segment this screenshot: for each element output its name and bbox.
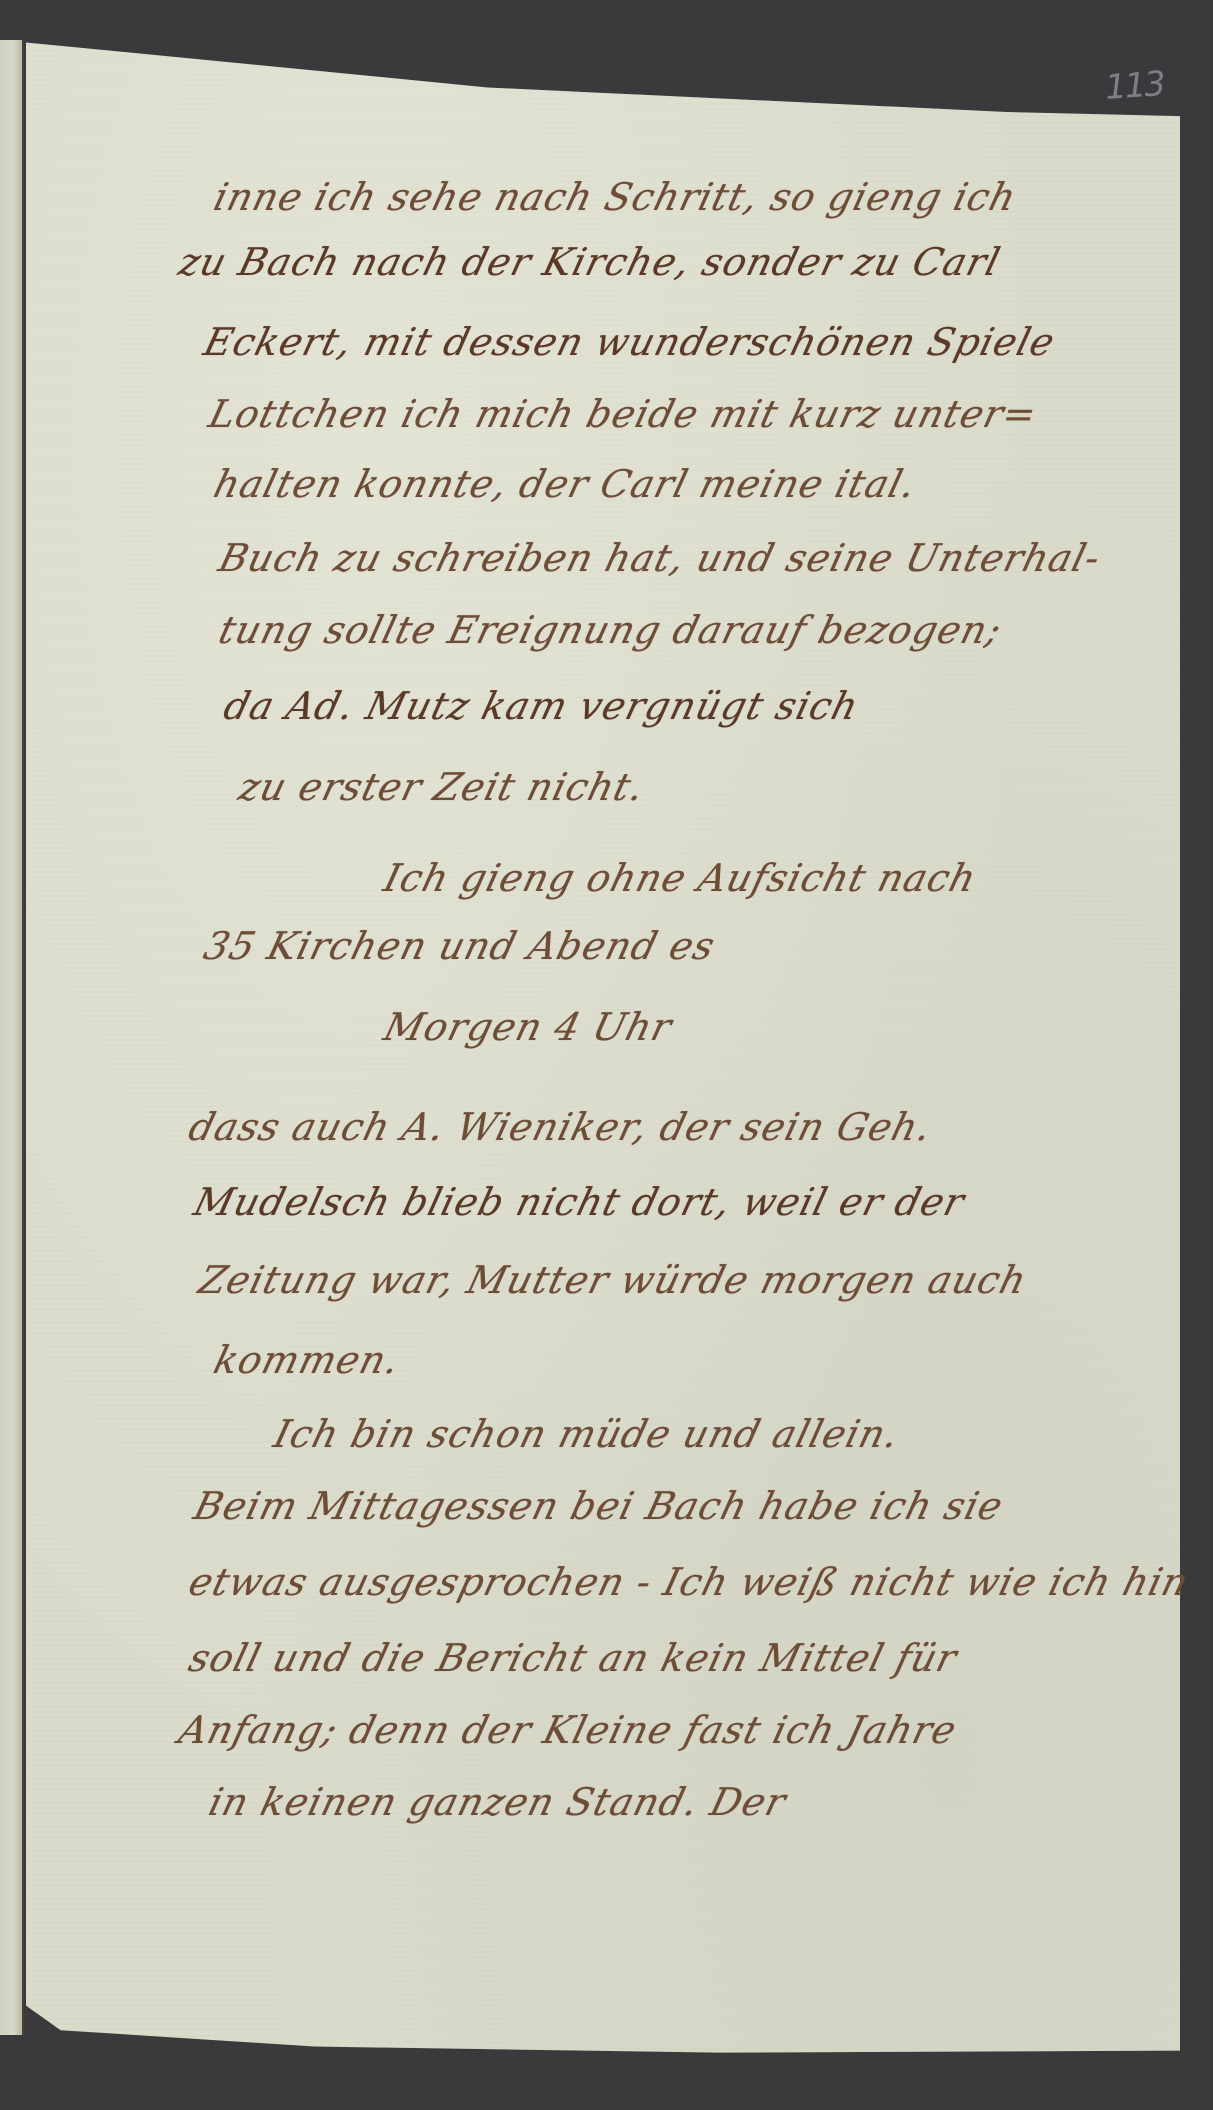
text-line-8: da Ad. Mutz kam vergnügt sich (220, 684, 864, 728)
text-line-2: zu Bach nach der Kirche, sonder zu Carl (175, 240, 1006, 284)
text-line-9: zu erster Zeit nicht. (235, 765, 650, 809)
text-line-21: Anfang; denn der Kleine fast ich Jahre (175, 1708, 962, 1752)
text-line-15: Zeitung war, Mutter würde morgen auch (195, 1258, 1032, 1302)
text-line-17: Ich bin schon müde und allein. (270, 1412, 904, 1456)
folio-number: 113 (1104, 64, 1166, 108)
text-line-10: Ich gieng ohne Aufsicht nach (380, 856, 982, 900)
text-line-22: in keinen ganzen Stand. Der (205, 1780, 791, 1824)
text-line-18: Beim Mittagessen bei Bach habe ich sie (190, 1484, 1008, 1528)
text-line-12: Morgen 4 Uhr (380, 1005, 677, 1049)
text-line-6: Buch zu schreiben hat, und seine Unterha… (215, 536, 1106, 580)
text-line-16: kommen. (210, 1338, 405, 1382)
text-line-13: dass auch A. Wieniker, der sein Geh. (185, 1105, 937, 1149)
text-line-14: Mudelsch blieb nicht dort, weil er der (190, 1180, 970, 1224)
text-line-20: soll und die Bericht an kein Mittel für (185, 1636, 962, 1680)
text-line-1: inne ich sehe nach Schritt, so gieng ich (210, 175, 1022, 219)
text-line-19: etwas ausgesprochen - Ich weiß nicht wie… (185, 1560, 1194, 1604)
text-line-7: tung sollte Ereignung darauf bezogen; (215, 608, 1007, 652)
text-line-3: Eckert, mit dessen wunderschönen Spiele (200, 320, 1060, 364)
text-line-11: 35 Kirchen und Abend es (200, 924, 720, 968)
previous-page-edge (0, 40, 24, 2035)
text-line-4: Lottchen ich mich beide mit kurz unter= (205, 392, 1042, 436)
text-line-5: halten konnte, der Carl meine ital. (210, 462, 922, 506)
